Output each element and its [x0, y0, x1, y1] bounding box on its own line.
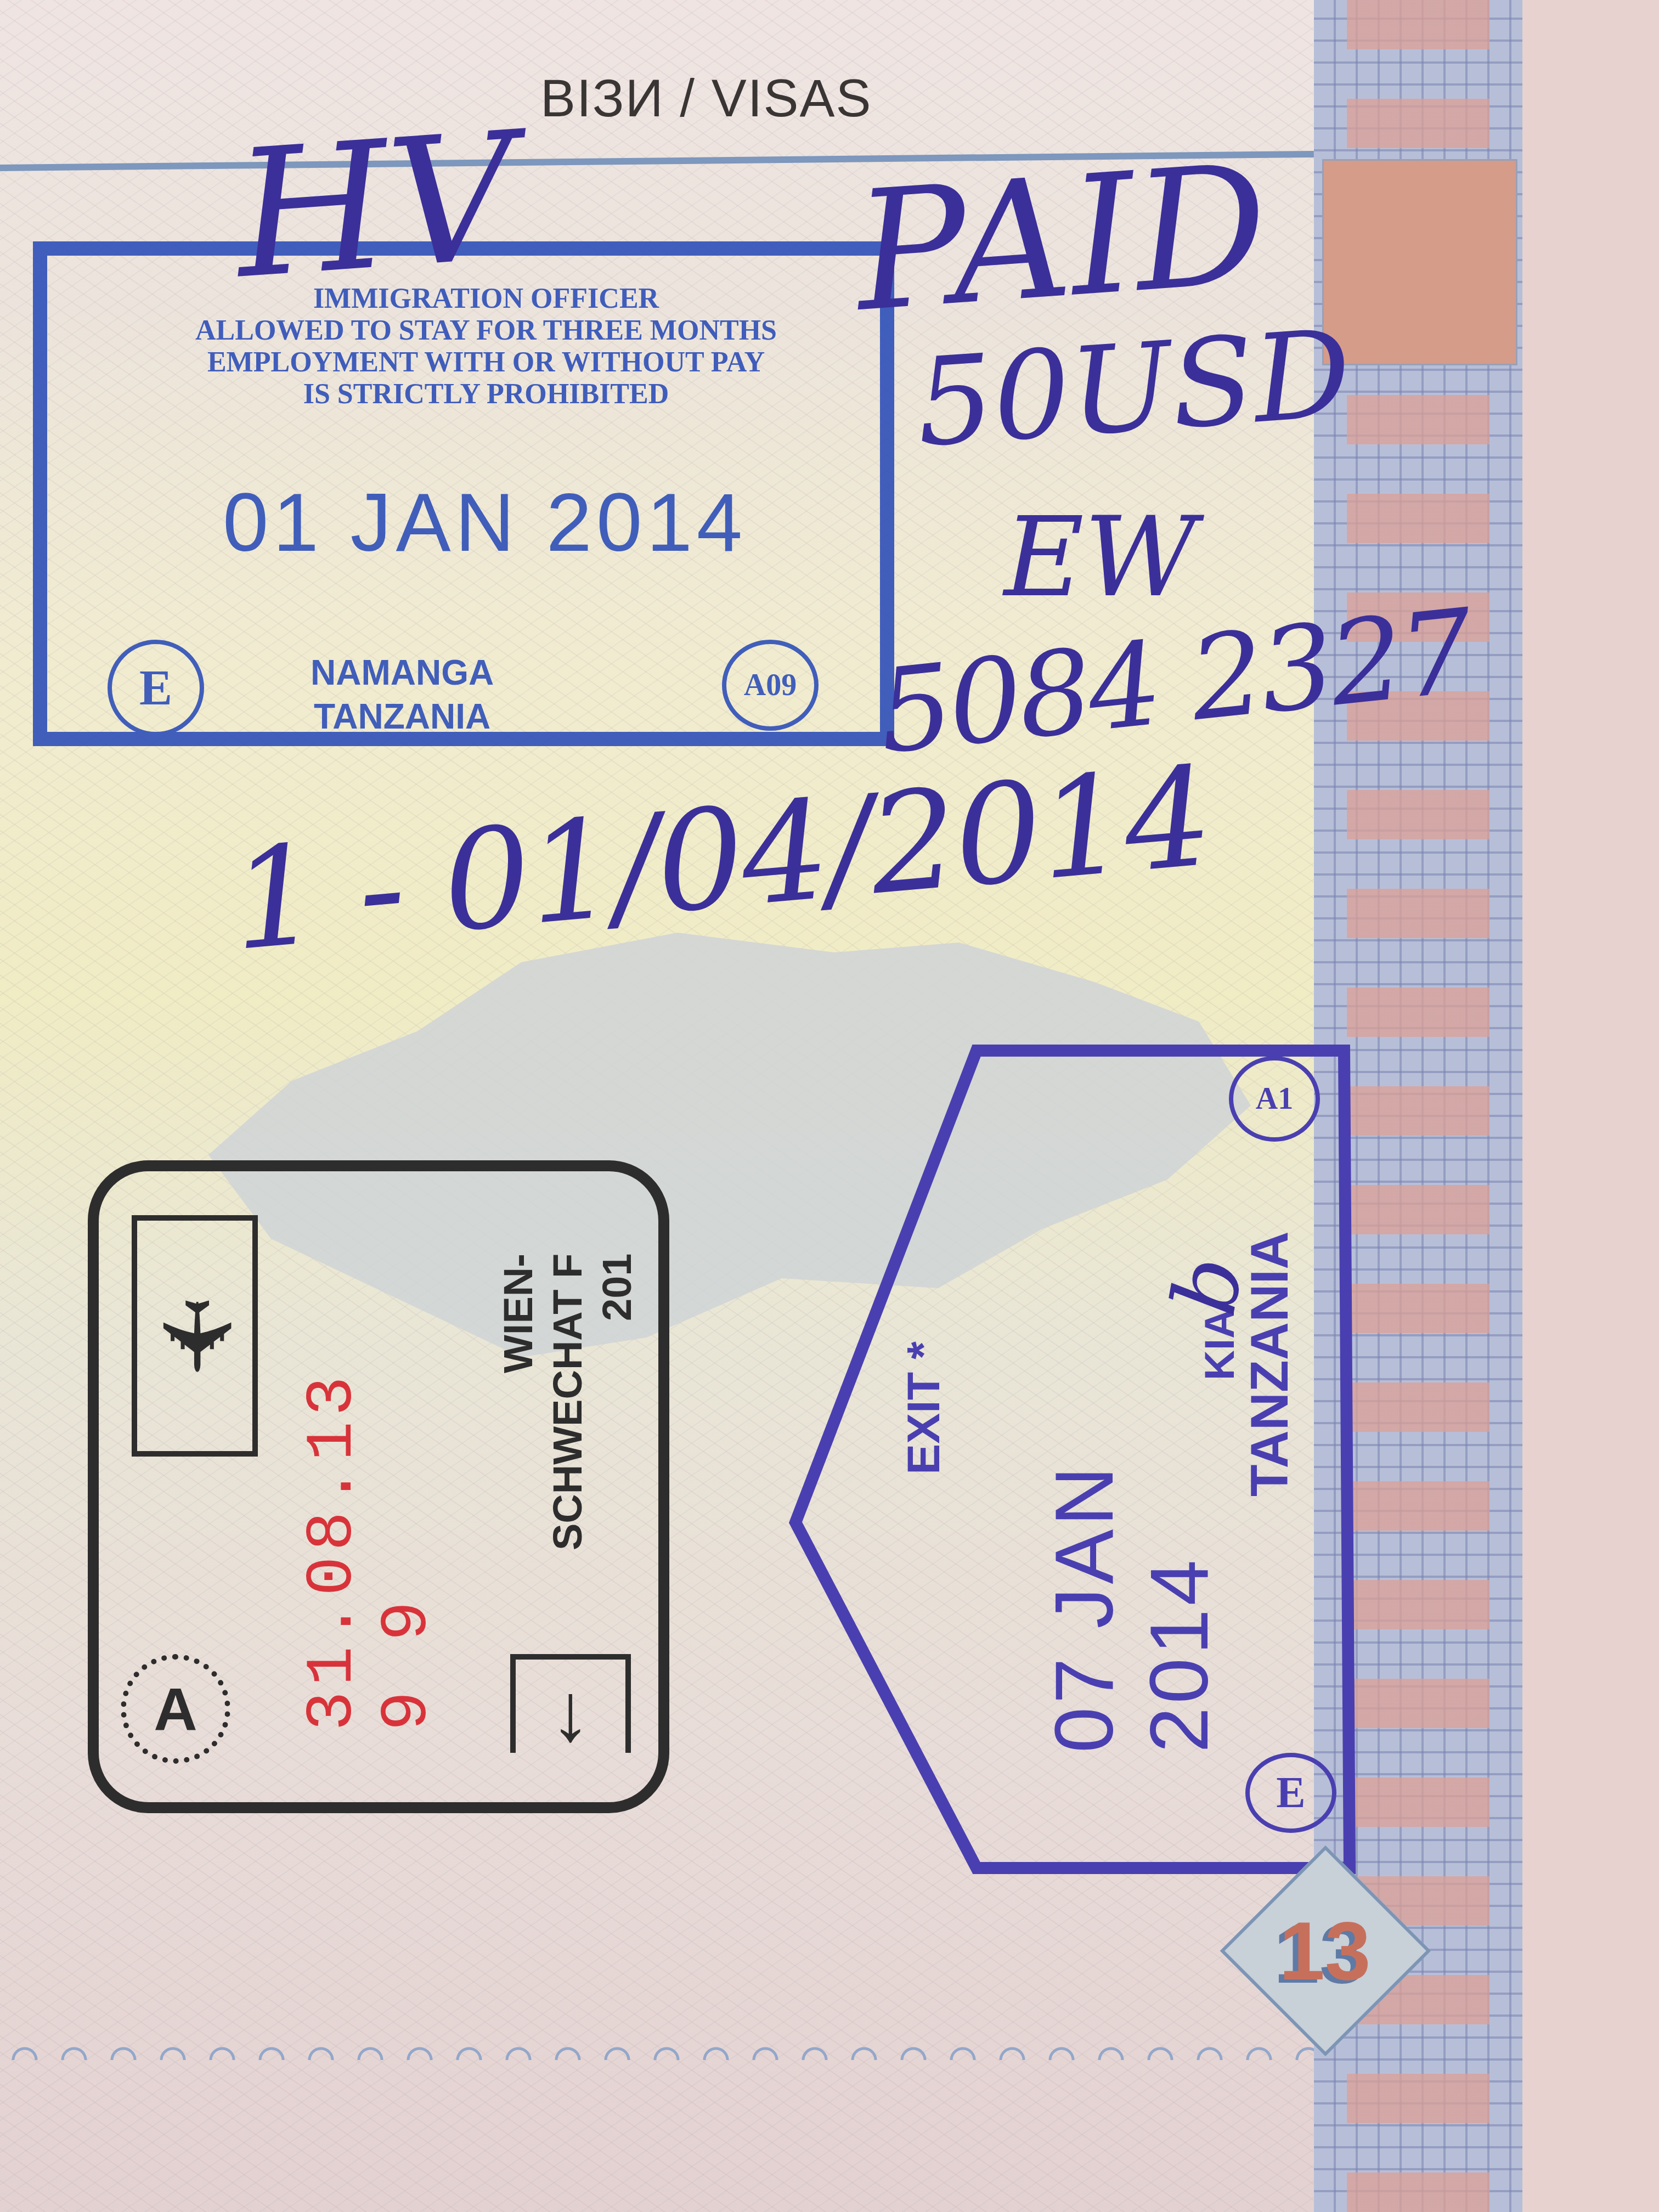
page-margin [1522, 0, 1659, 2212]
officer-code: A1 [1229, 1056, 1320, 1142]
exit-label: EXIT [898, 1372, 949, 1475]
entry-mark-icon: E [108, 640, 204, 736]
officer-code: A09 [722, 640, 819, 731]
kia-exit-stamp: EXIT * 07 JAN 2014 KIA TANZANIA E A1 [785, 1040, 1366, 1934]
handwritten-initials: HV [229, 95, 523, 318]
stamp-place: NAMANGA TANZANIA [311, 651, 494, 738]
departure-arrow-icon: ↓ [510, 1654, 631, 1753]
passport-visa-page: ВІЗИ / VISAS IMMIGRATION OFFICER ALLOWED… [0, 0, 1659, 2212]
eu-country-mark-icon: A [121, 1654, 230, 1764]
page-title: ВІЗИ / VISAS [540, 69, 872, 129]
handwritten-note: EW [1004, 494, 1197, 622]
star-icon: * [898, 1341, 949, 1359]
namanga-entry-stamp: IMMIGRATION OFFICER ALLOWED TO STAY FOR … [33, 241, 894, 746]
stamp-place: WIEN-SCHWECHAT F 201 [494, 1254, 642, 1594]
entry-mark-icon: E [1245, 1753, 1336, 1833]
stamp-line: EMPLOYMENT WITH OR WITHOUT PAY [157, 347, 815, 379]
wave-border [0, 2038, 1314, 2060]
stamp-place-name: NAMANGA [311, 651, 494, 695]
page-number: 13 [1262, 1904, 1388, 1999]
stamp-label: EXIT * [897, 1341, 950, 1475]
stamp-line: IS STRICTLY PROHIBITED [157, 379, 815, 410]
airplane-icon: ✈ [132, 1215, 258, 1457]
stamp-country: TANZANIA [311, 695, 494, 738]
cossack-emblem [1322, 159, 1517, 365]
stamp-line: ALLOWED TO STAY FOR THREE MONTHS [157, 315, 815, 347]
vienna-departure-stamp: ✈ 31.08.13 9 9 WIEN-SCHWECHAT F 201 A ↓ [88, 1160, 669, 1813]
stamp-date: 31.08.13 9 9 [296, 1336, 445, 1731]
stamp-place-name: WIEN-SCHWECHAT [495, 1254, 590, 1550]
stamp-date: 01 JAN 2014 [223, 475, 747, 570]
